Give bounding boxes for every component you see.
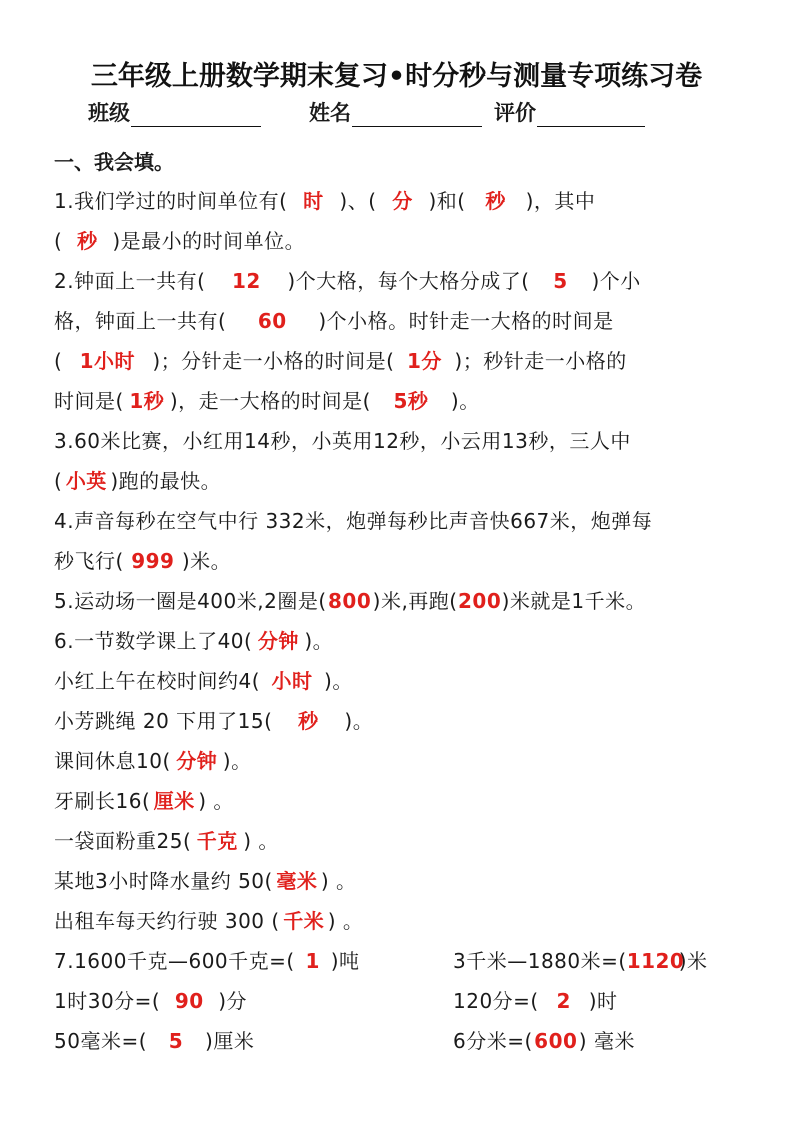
q6-item: 6.一节数学课上了40(分钟)。 (54, 625, 333, 654)
q7-text: )厘米 (205, 1029, 254, 1053)
q4-text: 秒飞行( (54, 549, 124, 573)
q7-text: 7.1600千克—600千克=( (54, 949, 295, 973)
q5-text: 5.运动场一圈是400米,2圈是( (54, 589, 327, 613)
q1-line2: (秒)是最小的时间单位。 (54, 225, 305, 254)
q6-text: ) 。 (243, 829, 279, 853)
q4-text: )米。 (182, 549, 231, 573)
q6-text: ) 。 (321, 869, 357, 893)
q6-text: )。 (344, 709, 373, 733)
answer-blank[interactable]: 1 (295, 949, 331, 973)
q2-text: )。 (451, 389, 480, 413)
answer-blank[interactable]: 秒 (466, 185, 526, 214)
answer-blank[interactable]: 2 (539, 989, 589, 1013)
q5-text: )米,再跑( (373, 589, 458, 613)
name-field[interactable]: 姓名 (309, 97, 482, 127)
q2-line3: (1小时)；分针走一小格的时间是(1分)；秒针走一小格的 (54, 345, 627, 374)
q1-text: ( (54, 229, 62, 253)
q1-text: )，其中 (526, 189, 596, 213)
q6-text: ) 。 (198, 789, 234, 813)
q1-text: )是最小的时间单位。 (112, 229, 305, 253)
page-title: 三年级上册数学期末复习•时分秒与测量专项练习卷 (0, 54, 793, 93)
answer-blank[interactable]: 秒 (272, 705, 344, 734)
q6-text: 课间休息10( (54, 749, 171, 773)
q4-line1: 4.声音每秒在空气中行 332米，炮弹每秒比声音快667米，炮弹每 (54, 505, 652, 534)
answer-blank[interactable]: 1秒 (124, 385, 170, 414)
grade-label: 评价 (494, 97, 536, 127)
answer-blank[interactable]: 12 (205, 269, 287, 293)
answer-blank[interactable]: 90 (160, 989, 218, 1013)
q6-text: 牙刷长16( (54, 789, 150, 813)
q7-text: ) 毫米 (579, 1029, 635, 1053)
q2-text: )个小格。时针走一大格的时间是 (318, 309, 613, 333)
q2-text: 时间是( (54, 389, 124, 413)
answer-blank[interactable]: 1分 (394, 345, 454, 374)
name-label: 姓名 (309, 97, 351, 127)
q7-text: )吨 (331, 949, 360, 973)
class-label: 班级 (88, 97, 130, 127)
q6-text: )。 (223, 749, 252, 773)
q6-item: 课间休息10(分钟)。 (54, 745, 252, 774)
answer-blank[interactable]: 毫米 (273, 865, 321, 894)
q6-item: 小芳跳绳 20 下用了15(秒)。 (54, 705, 373, 734)
answer-blank[interactable]: 200 (458, 589, 502, 613)
q7-text: )时 (589, 989, 618, 1013)
q7-text: )米 (679, 949, 708, 973)
class-blank-line[interactable] (131, 106, 261, 127)
q1-line1: 1.我们学过的时间单位有(时)、(分)和(秒)，其中 (54, 185, 595, 214)
q2-text: )个小 (592, 269, 641, 293)
q3-line2: (小英)跑的最快。 (54, 465, 221, 494)
q7-left-item: 1时30分=(90)分 (54, 985, 247, 1014)
answer-blank[interactable]: 800 (327, 589, 373, 613)
q7-left-item: 50毫米=(5)厘米 (54, 1025, 254, 1054)
answer-blank[interactable]: 60 (226, 309, 318, 333)
name-blank-line[interactable] (352, 106, 482, 127)
q3-text: ( (54, 469, 62, 493)
grade-blank-line[interactable] (537, 106, 645, 127)
q6-item: 出租车每天约行驶 300 (千米) 。 (54, 905, 363, 934)
q6-text: 小红上午在校时间约4( (54, 669, 260, 693)
q1-text: 1.我们学过的时间单位有( (54, 189, 287, 213)
answer-blank[interactable]: 600 (533, 1029, 579, 1053)
q6-item: 小红上午在校时间约4(小时)。 (54, 665, 353, 694)
class-field[interactable]: 班级 (88, 97, 261, 127)
q7-left-item: 7.1600千克—600千克=(1)吨 (54, 945, 360, 974)
answer-blank[interactable]: 1小时 (62, 345, 152, 374)
q7-text: 50毫米=( (54, 1029, 147, 1053)
grade-field[interactable]: 评价 (494, 97, 645, 127)
q2-line4: 时间是(1秒)，走一大格的时间是(5秒)。 (54, 385, 480, 414)
q5-line1: 5.运动场一圈是400米,2圈是(800)米,再跑(200)米就是1千米。 (54, 585, 646, 614)
q1-text: )和( (429, 189, 466, 213)
q6-text: 小芳跳绳 20 下用了15( (54, 709, 272, 733)
q2-line2: 格，钟面上一共有(60)个小格。时针走一大格的时间是 (54, 305, 614, 334)
q2-text: )个大格，每个大格分成了( (287, 269, 529, 293)
q6-text: 某地3小时降水量约 50( (54, 869, 273, 893)
q1-text: )、( (339, 189, 376, 213)
q6-text: ) 。 (328, 909, 364, 933)
answer-blank[interactable]: 时 (287, 185, 339, 214)
q7-right-item: 120分=(2)时 (453, 985, 618, 1014)
q6-text: )。 (304, 629, 333, 653)
q6-text: 出租车每天约行驶 300 ( (54, 909, 280, 933)
answer-blank[interactable]: 分钟 (171, 745, 223, 774)
q6-text: 一袋面粉重25( (54, 829, 191, 853)
q6-text: )。 (324, 669, 353, 693)
student-info-row: 班级 姓名 评价 (88, 97, 645, 127)
q2-text: )；秒针走一小格的 (454, 349, 626, 373)
answer-blank[interactable]: 5 (530, 269, 592, 293)
section-heading: 一、我会填。 (54, 146, 174, 175)
q2-text: )，走一大格的时间是( (170, 389, 371, 413)
q7-text: 1时30分=( (54, 989, 160, 1013)
q2-line1: 2.钟面上一共有(12)个大格，每个大格分成了(5)个小 (54, 265, 641, 294)
q2-text: 格，钟面上一共有( (54, 309, 226, 333)
q2-text: )；分针走一小格的时间是( (152, 349, 394, 373)
answer-blank[interactable]: 分 (377, 185, 429, 214)
answer-blank[interactable]: 1120 (627, 949, 679, 973)
q6-item: 某地3小时降水量约 50(毫米) 。 (54, 865, 357, 894)
q7-text: 3千米—1880米=( (453, 949, 627, 973)
answer-blank[interactable]: 5 (147, 1029, 205, 1053)
answer-blank[interactable]: 5秒 (371, 385, 451, 414)
q7-text: 6分米=( (453, 1029, 533, 1053)
answer-blank[interactable]: 千克 (191, 825, 243, 854)
answer-blank[interactable]: 千米 (280, 905, 328, 934)
q7-text: 120分=( (453, 989, 539, 1013)
q7-text: )分 (218, 989, 247, 1013)
q6-text: 6.一节数学课上了40( (54, 629, 252, 653)
answer-blank[interactable]: 分钟 (252, 625, 304, 654)
q6-item: 牙刷长16(厘米) 。 (54, 785, 234, 814)
q3-line1: 3.60米比赛，小红用14秒，小英用12秒，小云用13秒，三人中 (54, 425, 631, 454)
answer-blank[interactable]: 小时 (260, 665, 324, 694)
answer-blank[interactable]: 秒 (62, 225, 112, 254)
q6-item: 一袋面粉重25(千克) 。 (54, 825, 279, 854)
q2-text: ( (54, 349, 62, 373)
answer-blank[interactable]: 小英 (62, 465, 110, 494)
answer-blank[interactable]: 厘米 (150, 785, 198, 814)
answer-blank[interactable]: 999 (124, 549, 182, 573)
q5-text: )米就是1千米。 (502, 589, 647, 613)
q2-text: 2.钟面上一共有( (54, 269, 205, 293)
q7-right-item: 3千米—1880米=(1120)米 (453, 945, 708, 974)
q4-line2: 秒飞行(999)米。 (54, 545, 231, 574)
q3-text: )跑的最快。 (110, 469, 221, 493)
q7-right-item: 6分米=(600) 毫米 (453, 1025, 635, 1054)
